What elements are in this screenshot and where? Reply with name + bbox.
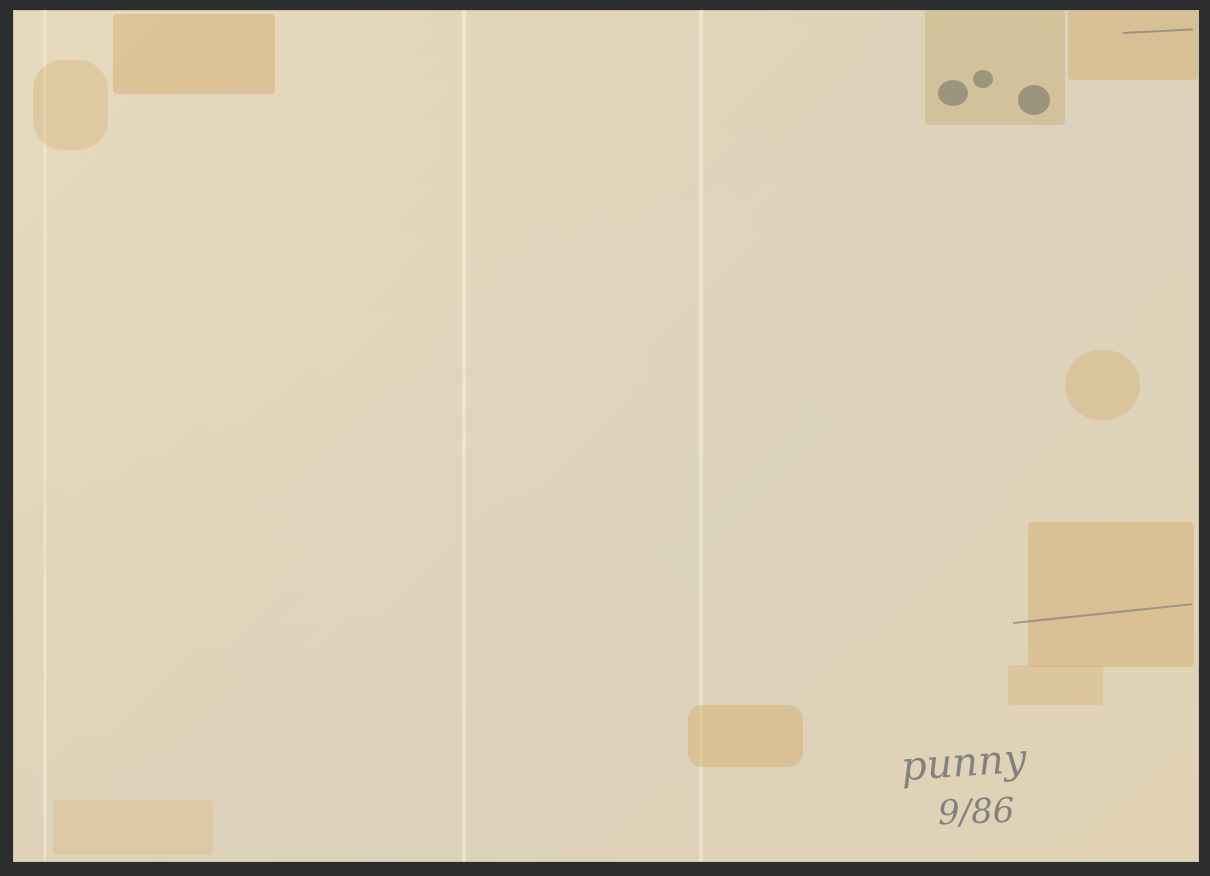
hinge-remnant	[1065, 350, 1140, 420]
ink-mark	[973, 70, 993, 88]
hinge-remnant	[1008, 665, 1103, 705]
hinge-remnant	[1028, 522, 1194, 667]
ink-mark	[1018, 85, 1050, 115]
hinge-remnant	[1068, 10, 1198, 80]
hinge-remnant	[33, 60, 108, 150]
hinge-remnant	[53, 800, 213, 855]
hinge-remnant	[113, 14, 275, 94]
stamp-paper-back: punny 9/86	[13, 10, 1199, 862]
fold-line	[461, 10, 467, 862]
ink-mark	[938, 80, 968, 106]
pencil-note-number: 9/86	[937, 791, 1015, 834]
pencil-note-word: punny	[900, 736, 1028, 791]
hinge-remnant	[688, 705, 803, 767]
